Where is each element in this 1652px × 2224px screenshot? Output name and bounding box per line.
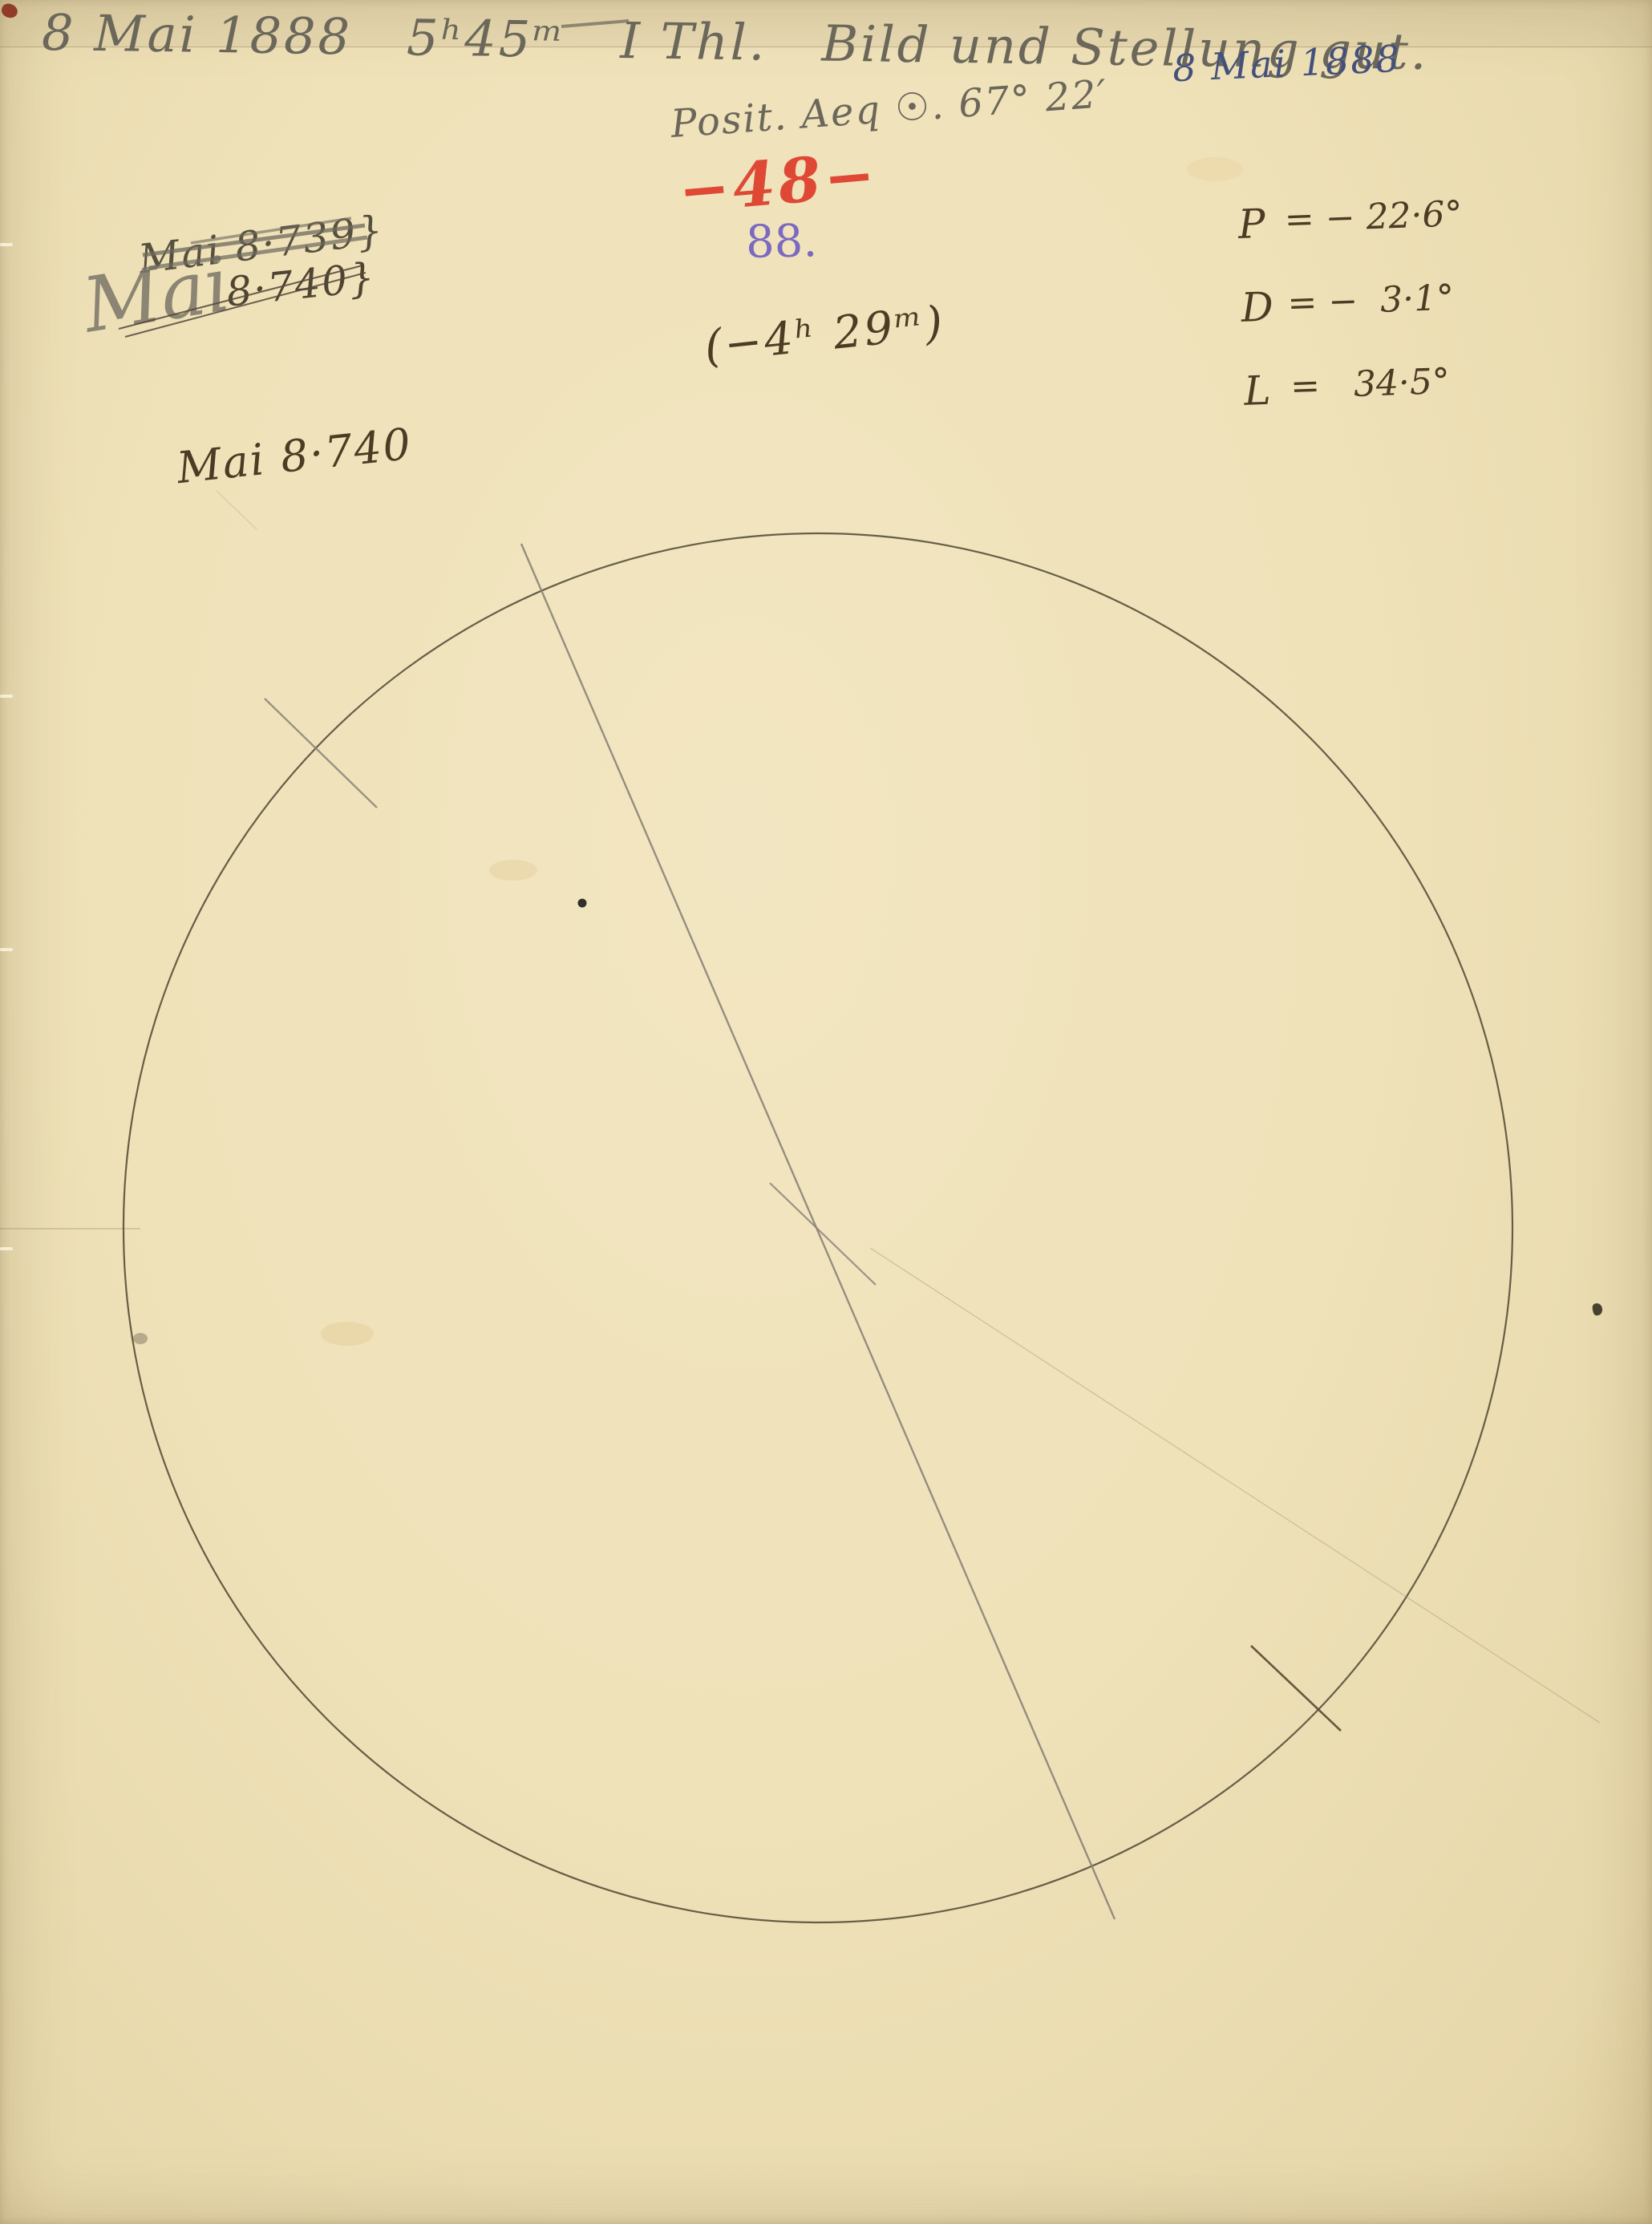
p-value: = − 22·6°: [1284, 196, 1463, 243]
observation-sheet: 8 Mai 1888 5ʰ45ᵐ I Thl. Bild und Stellun…: [0, 0, 1652, 2224]
observation-date-right: 8 Mai 1888: [1172, 40, 1402, 87]
archive-number-red: −48−: [676, 144, 881, 221]
ephemeris-row-l: L = 34·5°: [1243, 363, 1468, 411]
d-label: D: [1241, 286, 1289, 328]
pencil-rewrite-word: Mai: [79, 247, 235, 344]
time-correction-note: (−4ʰ 29ᵐ): [703, 300, 947, 370]
l-value: = 34·5°: [1290, 364, 1450, 410]
position-angle-note: Posit. Aeq ☉. 67° 22′: [670, 75, 1109, 144]
ephemeris-table: P = − 22·6° D = − 3·1° L = 34·5°: [1237, 171, 1471, 455]
l-label: L: [1243, 370, 1291, 411]
p-label: P: [1237, 203, 1286, 245]
stamp-number: 88.: [746, 219, 818, 265]
plate-date-label: Mai 8·740: [175, 423, 415, 490]
ephemeris-row-p: P = − 22·6°: [1237, 196, 1463, 245]
d-value: = − 3·1°: [1287, 281, 1455, 326]
ephemeris-row-d: D = − 3·1°: [1241, 280, 1466, 328]
